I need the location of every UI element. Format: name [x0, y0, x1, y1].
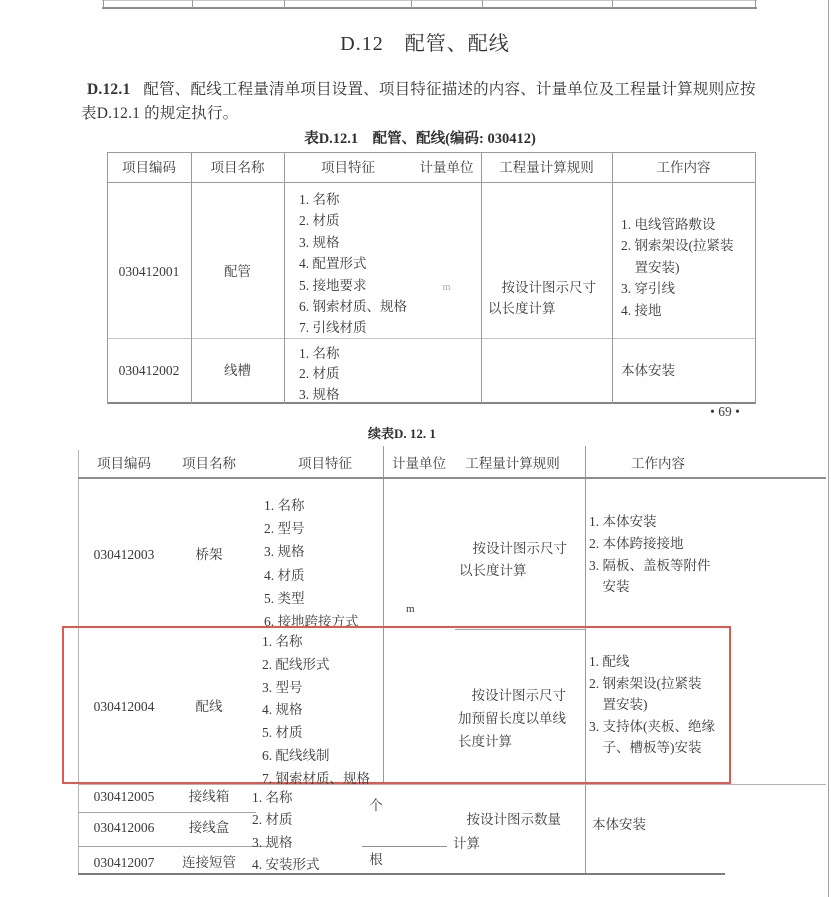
- table1-border: [107, 338, 755, 339]
- item-code: 030412001: [107, 264, 191, 280]
- page-edge-line: [828, 0, 829, 897]
- table1-border: [755, 152, 756, 404]
- item-name: 连接短管: [170, 855, 248, 871]
- table2-border: [78, 873, 725, 875]
- item-features: 1. 名称 2. 配线形式 3. 型号 4. 规格 5. 材质 6. 配线线制 …: [262, 631, 370, 791]
- table2-header-code: 项目编码: [78, 456, 170, 472]
- top-table-tick: [755, 0, 756, 8]
- item-rule: 按设计图示尺寸 加预留长度以单线 长度计算: [458, 684, 566, 753]
- item-features: 1. 名称 2. 型号 3. 规格 4. 材质 5. 类型 6. 接地跨接方式: [264, 494, 359, 633]
- item-name: 接线盒: [170, 820, 248, 836]
- item-name: 桥架: [170, 547, 248, 563]
- top-table-tick: [284, 0, 285, 8]
- page-number: • 69 •: [690, 404, 760, 420]
- scanned-document-page: D.12 配管、配线 D.12.1配管、配线工程量清单项目设置、项目特征描述的内…: [0, 0, 831, 897]
- item-name: 线槽: [191, 363, 284, 379]
- top-table-tick: [192, 0, 193, 8]
- item-code: 030412003: [78, 547, 170, 563]
- item-code: 030412005: [78, 789, 170, 805]
- top-table-line: [102, 7, 757, 9]
- item-work: 本体安装: [592, 817, 646, 833]
- item-rule: 按设计图示尺寸 以长度计算: [488, 277, 596, 319]
- item-code: 030412006: [78, 820, 170, 836]
- table2-header-rule: 工程量计算规则: [455, 456, 570, 472]
- item-name: 接线箱: [170, 789, 248, 805]
- table2-header-name: 项目名称: [170, 456, 248, 472]
- item-work: 1. 电线管路敷设 2. 钢索架设(拉紧装 置安装) 3. 穿引线 4. 接地: [621, 214, 734, 321]
- table2-header-features: 项目特征: [255, 456, 395, 472]
- item-code: 030412007: [78, 855, 170, 871]
- item-unit: 根: [340, 852, 412, 868]
- table1-header-features: 项目特征: [284, 160, 412, 176]
- item-work: 1. 本体安装 2. 本体跨接接地 3. 隔板、盖板等附件 安装: [589, 511, 711, 598]
- section-number: D.12.1: [87, 81, 130, 98]
- table2-border: [78, 812, 256, 813]
- table2-header-unit: 计量单位: [383, 456, 455, 472]
- table1-header-code: 项目编码: [107, 160, 191, 176]
- table1-border: [612, 152, 613, 404]
- top-table-tick: [411, 0, 412, 8]
- section-heading: D.12 配管、配线: [290, 27, 560, 56]
- item-name: 配管: [191, 264, 284, 280]
- top-table-line: [102, 0, 757, 1]
- table1-header-rule: 工程量计算规则: [481, 160, 612, 176]
- item-unit: m: [406, 603, 415, 616]
- top-table-tick: [482, 0, 483, 8]
- table2-border: [362, 846, 447, 847]
- table2-border: [78, 477, 826, 479]
- table2-caption: 续表D. 12. 1: [302, 423, 502, 442]
- section-text: 配管、配线工程量清单项目设置、项目特征描述的内容、计量单位及工程量计算规则应按: [143, 81, 755, 98]
- item-unit: 个: [340, 798, 412, 814]
- table2-border: [78, 846, 272, 847]
- item-features: 1. 名称 2. 材质 3. 规格 4. 配置形式 5. 接地要求 6. 钢索材…: [299, 189, 407, 339]
- item-rule: 按设计图示尺寸 以长度计算: [459, 538, 567, 581]
- table1-header-work: 工作内容: [612, 160, 755, 176]
- table1-header-unit: 计量单位: [412, 160, 481, 176]
- item-unit: m: [412, 282, 481, 294]
- table2-border: [78, 784, 826, 785]
- table1-border: [284, 152, 285, 404]
- table2-header-work: 工作内容: [602, 456, 714, 472]
- top-table-tick: [612, 0, 613, 8]
- item-work: 本体安装: [621, 363, 675, 379]
- table1-border: [107, 402, 756, 404]
- item-work: 1. 配线 2. 钢索架设(拉紧装 置安装) 3. 支持体(夹板、绝缘 子、槽板…: [589, 651, 715, 759]
- table1-header-name: 项目名称: [191, 160, 284, 176]
- table1-caption: 表D.12.1 配管、配线(编码: 030412): [230, 127, 610, 148]
- item-features: 1. 名称 2. 材质 3. 规格 4. 安装形式: [252, 787, 320, 876]
- section-paragraph-line1: D.12.1配管、配线工程量清单项目设置、项目特征描述的内容、计量单位及工程量计…: [87, 77, 756, 99]
- section-paragraph-line2: 表D.12.1 的规定执行。: [81, 101, 238, 123]
- top-table-tick: [103, 0, 104, 8]
- item-name: 配线: [170, 699, 248, 715]
- item-rule: 按设计图示数量 计算: [453, 808, 561, 856]
- item-code: 030412002: [107, 363, 191, 379]
- table1-border: [107, 182, 755, 183]
- table1-border: [481, 152, 482, 404]
- item-features: 1. 名称 2. 材质 3. 规格: [299, 344, 340, 405]
- item-code: 030412004: [78, 699, 170, 715]
- table1-border: [107, 152, 756, 153]
